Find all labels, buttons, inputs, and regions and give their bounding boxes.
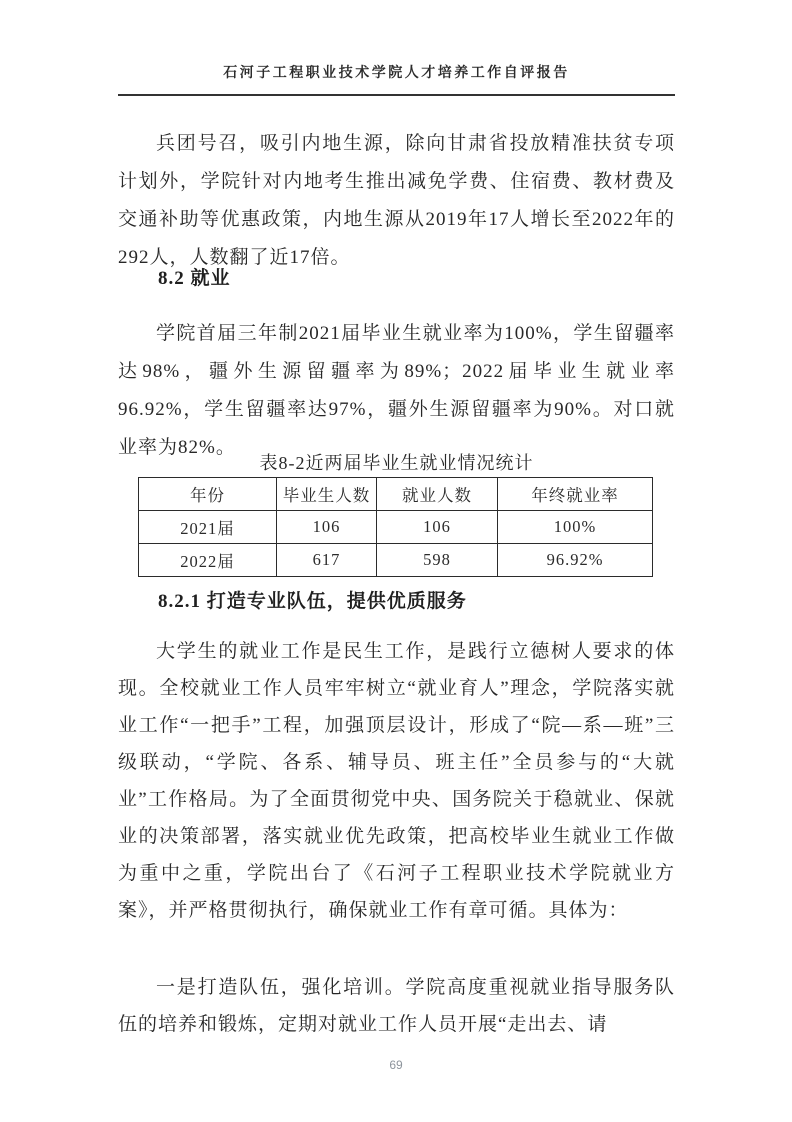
paragraph-enrollment-intro: 兵团号召，吸引内地生源，除向甘肃省投放精准扶贫专项计划外，学院针对内地考生推出减… [118,125,675,277]
paragraph-employment-rates: 学院首届三年制2021届毕业生就业率为100%，学生留疆率达98%，疆外生源留疆… [118,315,675,467]
table-cell: 2021届 [139,511,277,544]
table-cell: 96.92% [498,544,653,577]
table-cell: 598 [377,544,498,577]
table-row-2021: 2021届 106 106 100% [139,511,653,544]
table-header-employed: 就业人数 [377,478,498,511]
section-heading-8-2-1-team: 8.2.1 打造专业队伍，提供优质服务 [118,586,675,613]
table-caption: 表8-2近两届毕业生就业情况统计 [118,449,675,475]
page-header-title: 石河子工程职业技术学院人才培养工作自评报告 [118,62,675,82]
header-divider [118,94,675,96]
table-cell: 100% [498,511,653,544]
paragraph-team-building: 大学生的就业工作是民生工作，是践行立德树人要求的体现。全校就业工作人员牢牢树立“… [118,633,675,929]
page-number: 69 [0,1058,792,1072]
table-header-year: 年份 [139,478,277,511]
table-cell: 106 [277,511,377,544]
table-cell: 617 [277,544,377,577]
table-header-graduates: 毕业生人数 [277,478,377,511]
table-cell: 106 [377,511,498,544]
table-cell: 2022届 [139,544,277,577]
paragraph-training: 一是打造队伍，强化培训。学院高度重视就业指导服务队伍的培养和锻炼，定期对就业工作… [118,969,675,1043]
table-header-row: 年份 毕业生人数 就业人数 年终就业率 [139,478,653,511]
table-header-employment-rate: 年终就业率 [498,478,653,511]
employment-statistics-table: 年份 毕业生人数 就业人数 年终就业率 2021届 106 106 100% 2… [138,477,653,577]
table-row-2022: 2022届 617 598 96.92% [139,544,653,577]
section-heading-8-2-employment: 8.2 就业 [118,263,675,290]
